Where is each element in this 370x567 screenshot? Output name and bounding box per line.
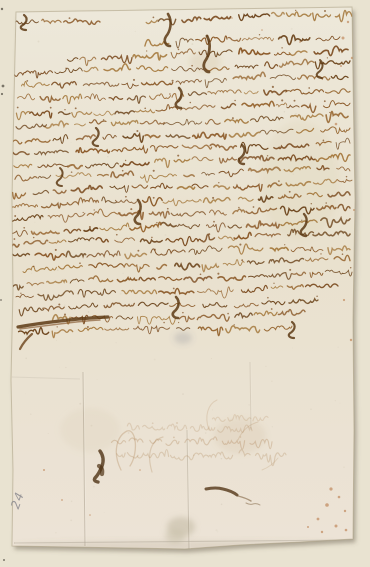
manuscript-scan — [0, 0, 370, 567]
mat-specks-layer — [0, 8, 5, 561]
mat-background: 24 — [0, 0, 370, 567]
